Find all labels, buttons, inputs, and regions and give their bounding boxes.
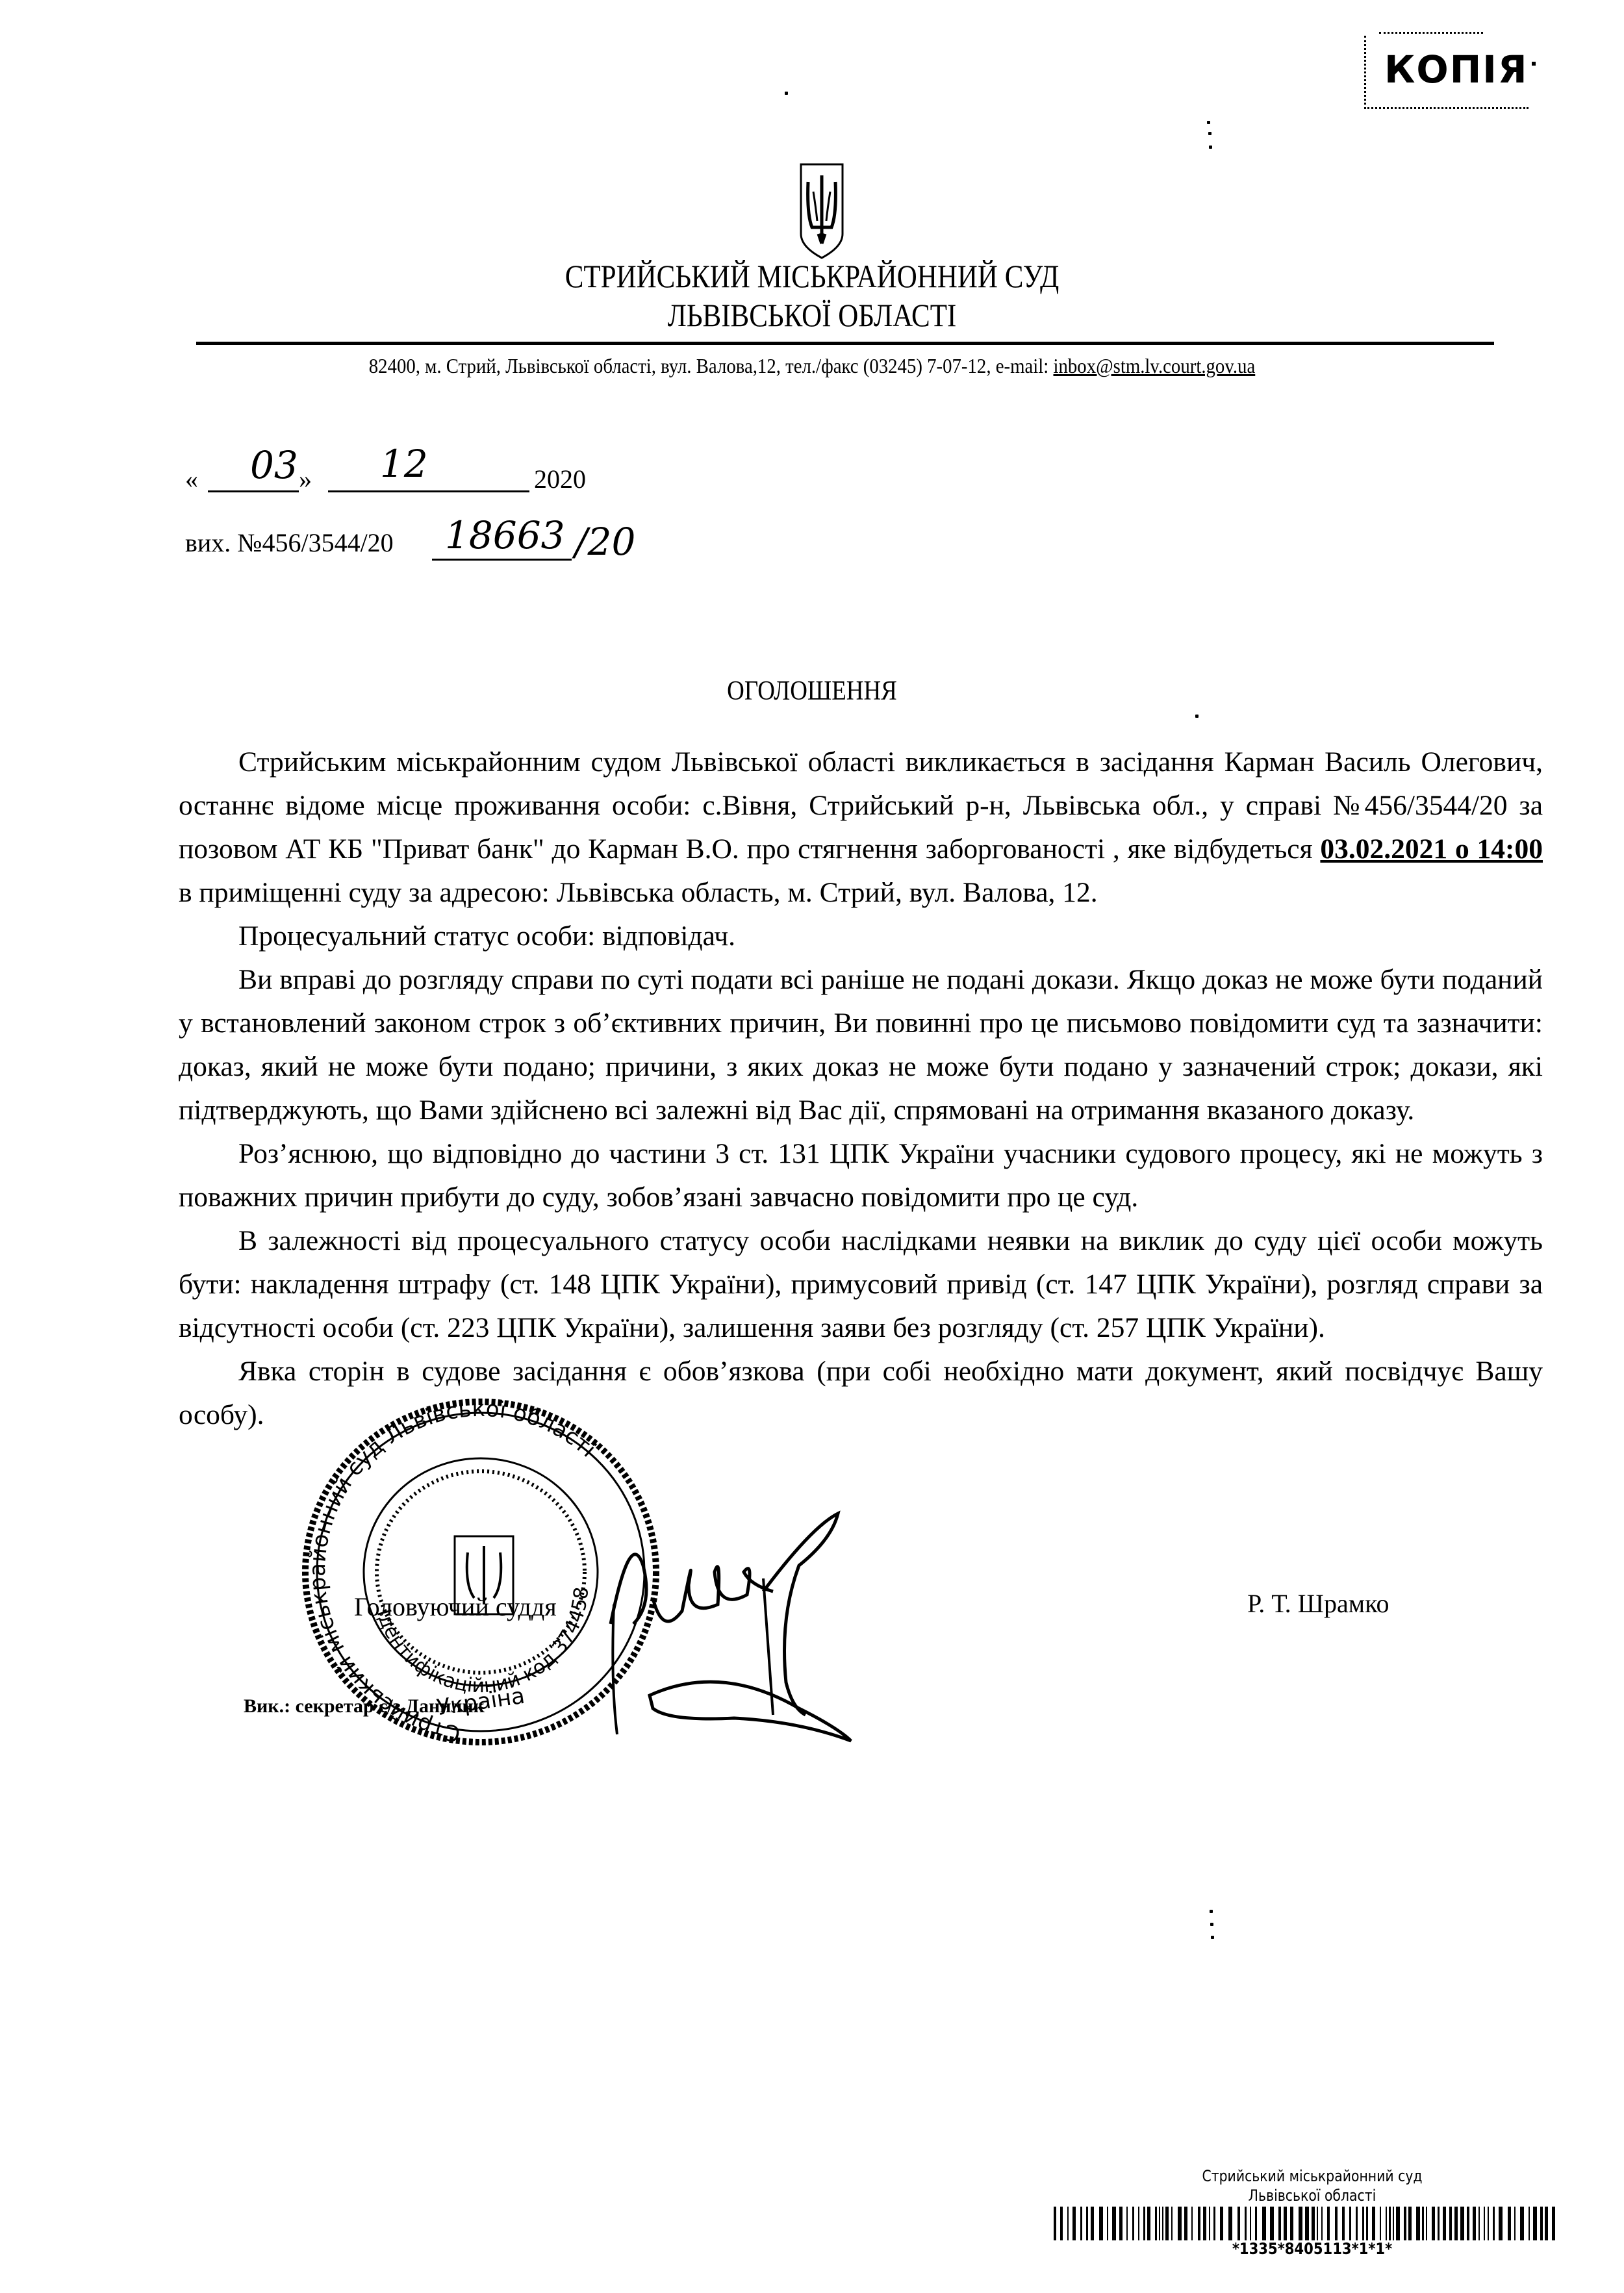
copy-stamp: КОПІЯ bbox=[1364, 36, 1529, 109]
footer-court-line2: Львівської області bbox=[1147, 2186, 1478, 2205]
outgoing-number: вих. №456/3544/20 18663 /20 bbox=[185, 520, 705, 585]
outgoing-underline bbox=[432, 559, 572, 561]
date-line: « 03 » 12 2020 bbox=[185, 455, 640, 507]
date-close-quote: » bbox=[299, 464, 312, 494]
court-address: 82400, м. Стрий, Львівської області, вул… bbox=[369, 354, 1054, 377]
summons-address: в приміщенні суду за адресою: Львівська … bbox=[179, 877, 1098, 908]
court-name-line1: СТРИЙСЬКИЙ МІСЬКРАЙОННИЙ СУД bbox=[114, 257, 1510, 296]
header-rule bbox=[196, 342, 1494, 345]
court-contacts: 82400, м. Стрий, Львівської області, вул… bbox=[81, 354, 1543, 378]
paragraph-consequences: В залежності від процесуального статусу … bbox=[179, 1219, 1543, 1350]
scan-speck bbox=[1209, 146, 1212, 149]
scan-speck bbox=[1211, 1936, 1214, 1939]
date-day-handwritten: 03 bbox=[250, 443, 298, 487]
date-month-underline bbox=[328, 490, 529, 492]
scan-speck bbox=[785, 92, 788, 95]
paragraph-status: Процесуальний статус особи: відповідач. bbox=[179, 915, 1543, 958]
paragraph-notice: Роз’яснюю, що відповідно до частини 3 ст… bbox=[179, 1132, 1543, 1219]
barcode-icon bbox=[1052, 2207, 1559, 2240]
document-title: ОГОЛОШЕННЯ bbox=[97, 676, 1527, 707]
date-open-quote: « bbox=[185, 464, 198, 494]
barcode-number: *1335*8405113*1*1* bbox=[1141, 2240, 1484, 2258]
paragraph-summons: Стрийським міськрайонним судом Львівсько… bbox=[179, 741, 1543, 915]
date-year: 2020 bbox=[534, 464, 586, 494]
judge-title: Головуючий суддя bbox=[354, 1591, 557, 1622]
executor-line: Вик.: секретар с/з Данилик bbox=[244, 1695, 485, 1717]
scan-speck bbox=[1210, 1910, 1213, 1913]
footer-court-name: Стрийський міськрайонний суд Львівської … bbox=[1147, 2166, 1478, 2205]
hearing-datetime: 03.02.2021 о 14:00 bbox=[1320, 833, 1543, 865]
judge-signature bbox=[604, 1488, 916, 1760]
paragraph-evidence: Ви вправі до розгляду справи по суті под… bbox=[179, 958, 1543, 1132]
court-name-line2: ЛЬВІВСЬКОЇ ОБЛАСТІ bbox=[114, 296, 1510, 335]
scan-speck bbox=[1210, 1923, 1213, 1926]
copy-stamp-border bbox=[1379, 32, 1483, 34]
announcement-body: Стрийським міськрайонним судом Львівсько… bbox=[179, 741, 1543, 1437]
scan-speck bbox=[1208, 132, 1212, 135]
scan-speck bbox=[1207, 121, 1210, 124]
judge-name: Р. Т. Шрамко bbox=[1247, 1588, 1389, 1619]
date-month-handwritten: 12 bbox=[380, 442, 428, 486]
footer-court-line1: Стрийський міськрайонний суд bbox=[1147, 2166, 1478, 2186]
date-day-underline bbox=[208, 490, 299, 492]
outgoing-handwritten: 18663 bbox=[445, 513, 565, 557]
scan-speck bbox=[1195, 715, 1199, 718]
copy-stamp-dot bbox=[1532, 62, 1536, 66]
court-email-link[interactable]: inbox@stm.lv.court.gov.ua bbox=[1053, 354, 1255, 377]
copy-stamp-label: КОПІЯ bbox=[1384, 47, 1529, 92]
outgoing-prefix: вих. №456/3544/20 bbox=[185, 527, 394, 558]
trident-icon bbox=[799, 162, 844, 260]
outgoing-handwritten-suffix: /20 bbox=[575, 520, 635, 564]
court-name: СТРИЙСЬКИЙ МІСЬКРАЙОННИЙ СУД ЛЬВІВСЬКОЇ … bbox=[114, 257, 1510, 335]
